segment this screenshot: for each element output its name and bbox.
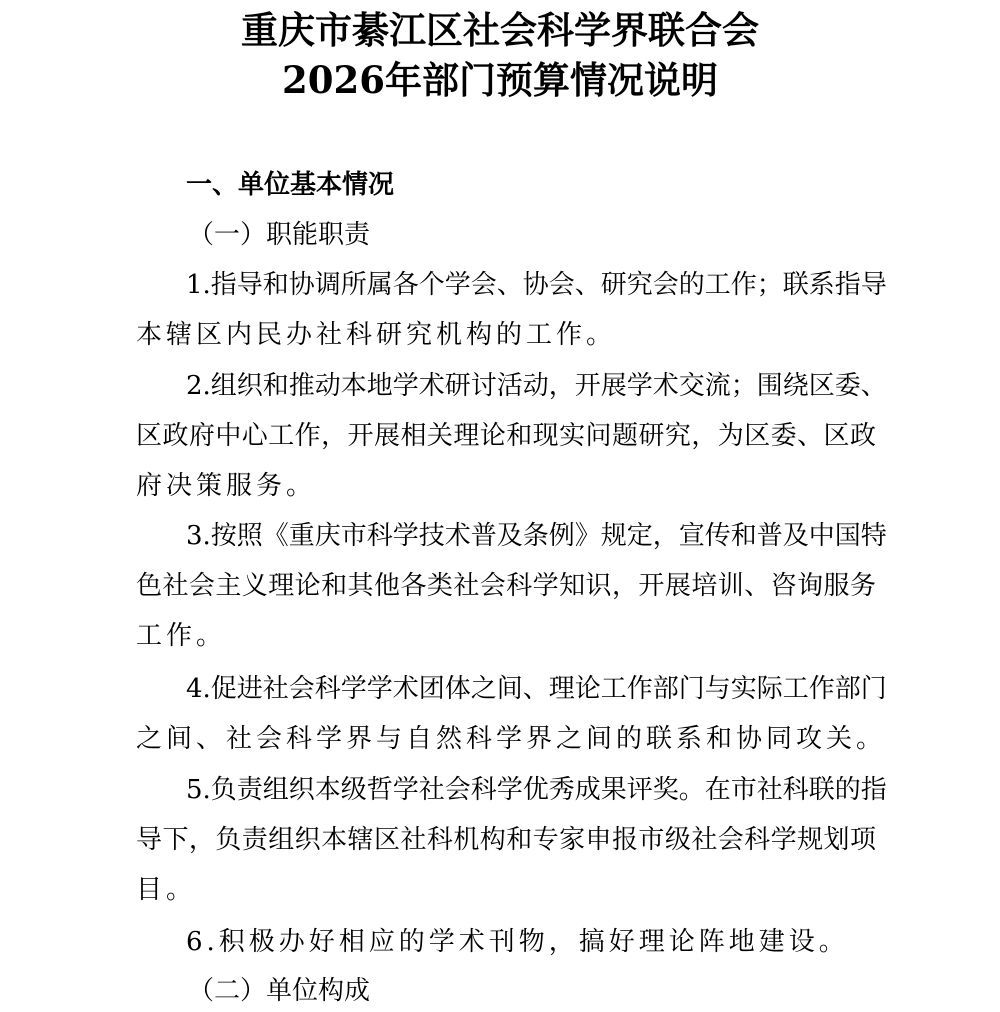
paragraph-line: 1.指导和协调所属各个学会、协会、研究会的工作；联系指导 (186, 267, 876, 303)
paragraph-line: 4.促进社会科学学术团体之间、理论工作部门与实际工作部门 (186, 671, 876, 707)
paragraph-line: 区政府中心工作，开展相关理论和现实问题研究，为区委、区政 (136, 418, 876, 454)
paragraph-line: 本辖区内民办社科研究机构的工作。 (136, 317, 876, 353)
paragraph-line: 色社会主义理论和其他各类社会科学知识，开展培训、咨询服务 (136, 568, 876, 604)
subsection-heading-functions: （一）职能职责 (188, 217, 370, 253)
paragraph-line: 5.负责组织本级哲学社会科学优秀成果评奖。在市社科联的指 (186, 772, 876, 808)
paragraph-line: 之间、社会科学界与自然科学界之间的联系和协同攻关。 (136, 721, 876, 757)
paragraph-line: 工作。 (136, 618, 876, 654)
paragraph-line: 6.积极办好相应的学术刊物，搞好理论阵地建设。 (186, 924, 876, 960)
section-heading-unit-basic-info: 一、单位基本情况 (186, 167, 394, 203)
paragraph-line: 导下，负责组织本辖区社科机构和专家申报市级社会科学规划项 (136, 822, 876, 858)
paragraph-line: 3.按照《重庆市科学技术普及条例》规定，宣传和普及中国特 (186, 518, 876, 554)
paragraph-line: 2.组织和推动本地学术研讨活动，开展学术交流；围绕区委、 (186, 368, 876, 404)
document-title-line-2: 2026年部门预算情况说明 (0, 58, 1000, 102)
paragraph-line: 府决策服务。 (136, 468, 876, 504)
document-page: 重庆市綦江区社会科学界联合会 2026年部门预算情况说明 一、单位基本情况 （一… (0, 0, 1000, 1012)
document-title-line-1: 重庆市綦江区社会科学界联合会 (0, 8, 1000, 52)
subsection-heading-unit-composition: （二）单位构成 (188, 973, 370, 1009)
paragraph-line: 目。 (136, 872, 876, 908)
